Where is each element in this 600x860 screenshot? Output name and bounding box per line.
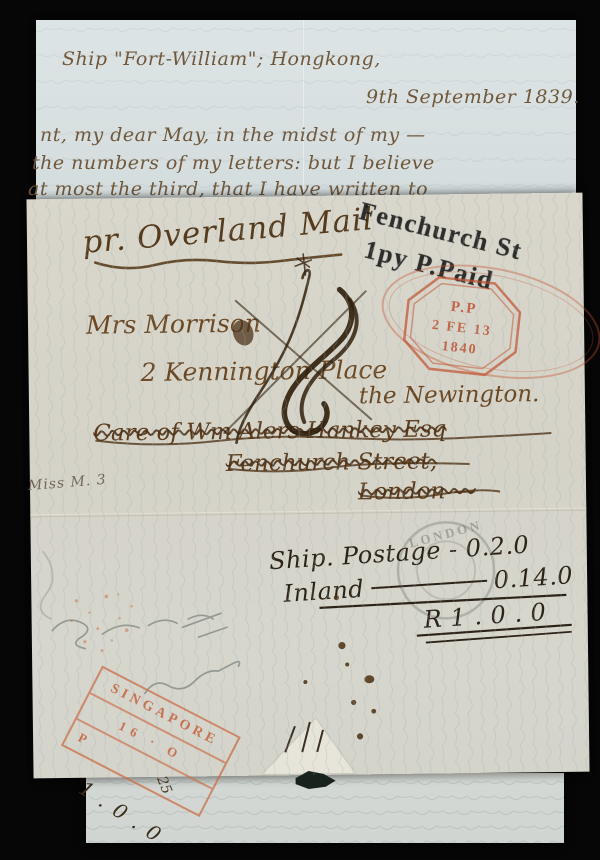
letter-body-line: nt, my dear May, in the midst of my — xyxy=(40,124,426,146)
letter-date: 9th September 1839. xyxy=(366,86,580,108)
letter-sheet: Ship "Fort-William"; Hongkong, 9th Septe… xyxy=(36,20,576,216)
postage-inland-amount: 0.14.0 xyxy=(493,561,574,594)
letter-heading: Ship "Fort-William"; Hongkong, xyxy=(62,48,381,70)
address-cover: pr. Overland Mail Fenchurch St 1py P.Pai… xyxy=(26,193,589,779)
photograph-of-folded-letter: Ship "Fort-William"; Hongkong, 9th Septe… xyxy=(0,0,600,860)
postage-inland-label: Inland xyxy=(283,575,365,608)
letter-body-line: the numbers of my letters: but I believe xyxy=(32,152,435,174)
postage-inland-dash xyxy=(371,580,487,589)
